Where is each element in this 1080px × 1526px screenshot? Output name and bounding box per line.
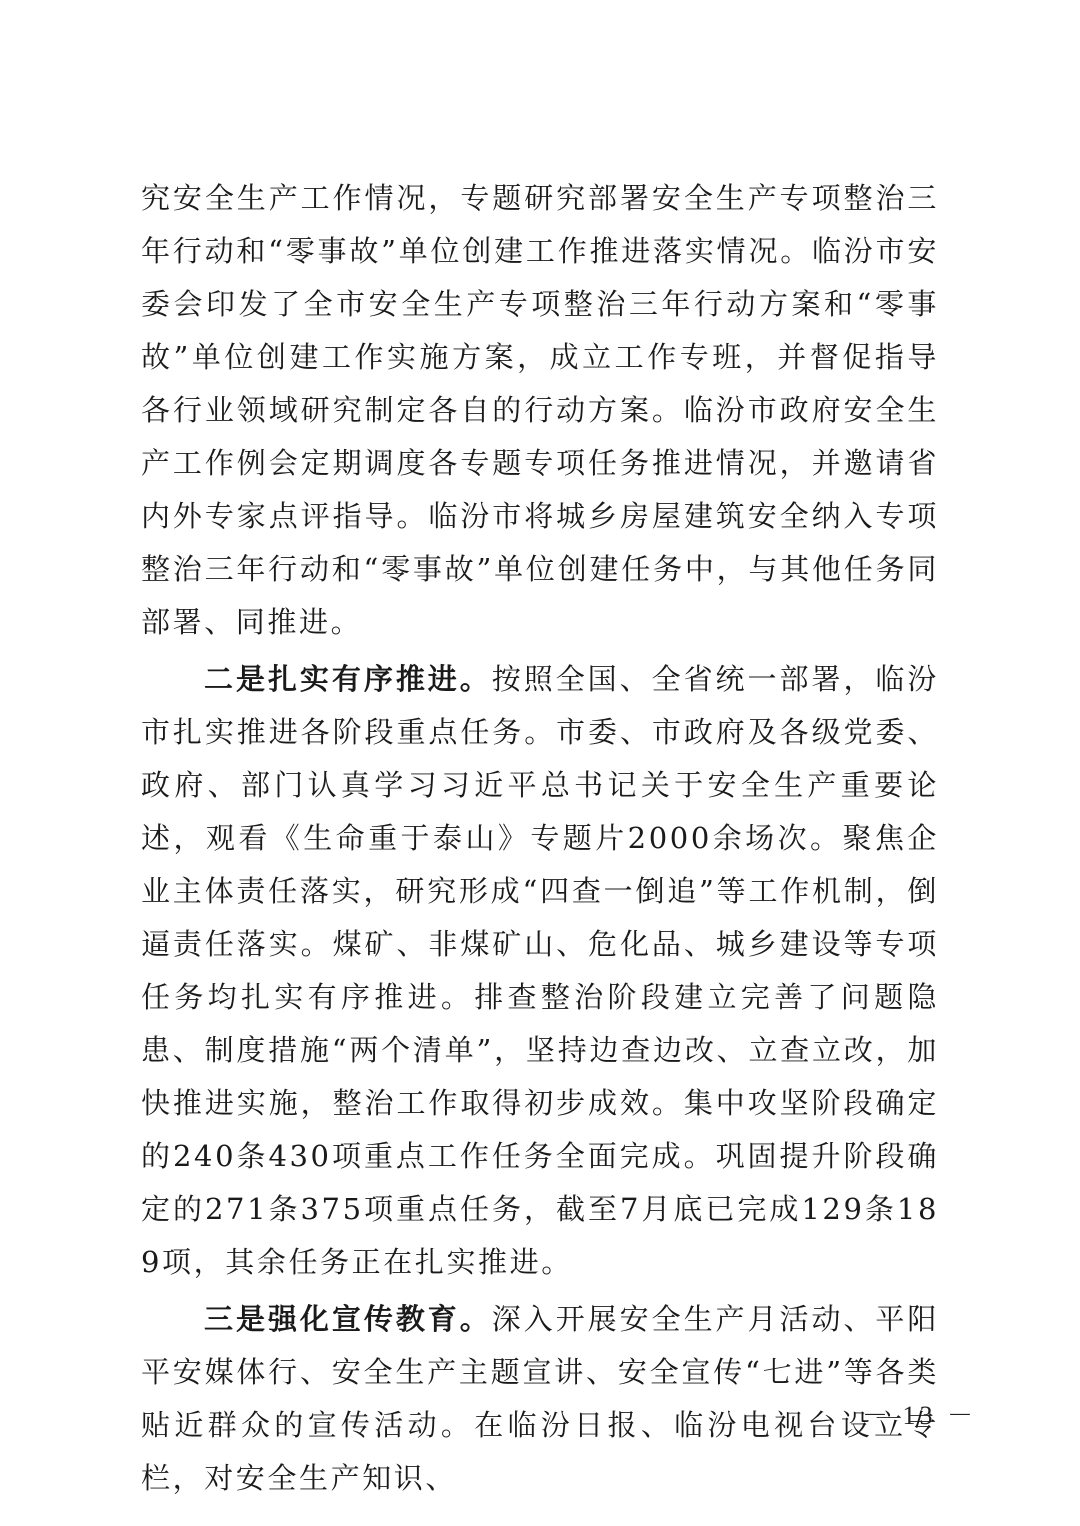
document-page: 究安全生产工作情况，专题研究部署安全生产专项整治三年行动和“零事故”单位创建工作…	[0, 0, 1080, 1526]
paragraph-3-heading: 三是强化宣传教育。	[204, 1302, 492, 1336]
paragraph-2-text: 按照全国、全省统一部署，临汾市扎实推进各阶段重点任务。市委、市政府及各级党委、政…	[141, 662, 939, 1279]
paragraph-2: 二是扎实有序推进。按照全国、全省统一部署，临汾市扎实推进各阶段重点任务。市委、市…	[141, 653, 939, 1289]
paragraph-2-heading: 二是扎实有序推进。	[204, 662, 492, 696]
document-body: 究安全生产工作情况，专题研究部署安全生产专项整治三年行动和“零事故”单位创建工作…	[141, 172, 939, 1505]
paragraph-3: 三是强化宣传教育。深入开展安全生产月活动、平阳平安媒体行、安全生产主题宣讲、安全…	[141, 1293, 939, 1505]
paragraph-1-text: 究安全生产工作情况，专题研究部署安全生产专项整治三年行动和“零事故”单位创建工作…	[141, 181, 939, 639]
paragraph-1: 究安全生产工作情况，专题研究部署安全生产专项整治三年行动和“零事故”单位创建工作…	[141, 172, 939, 649]
page-number: － 13 －	[862, 1395, 977, 1432]
